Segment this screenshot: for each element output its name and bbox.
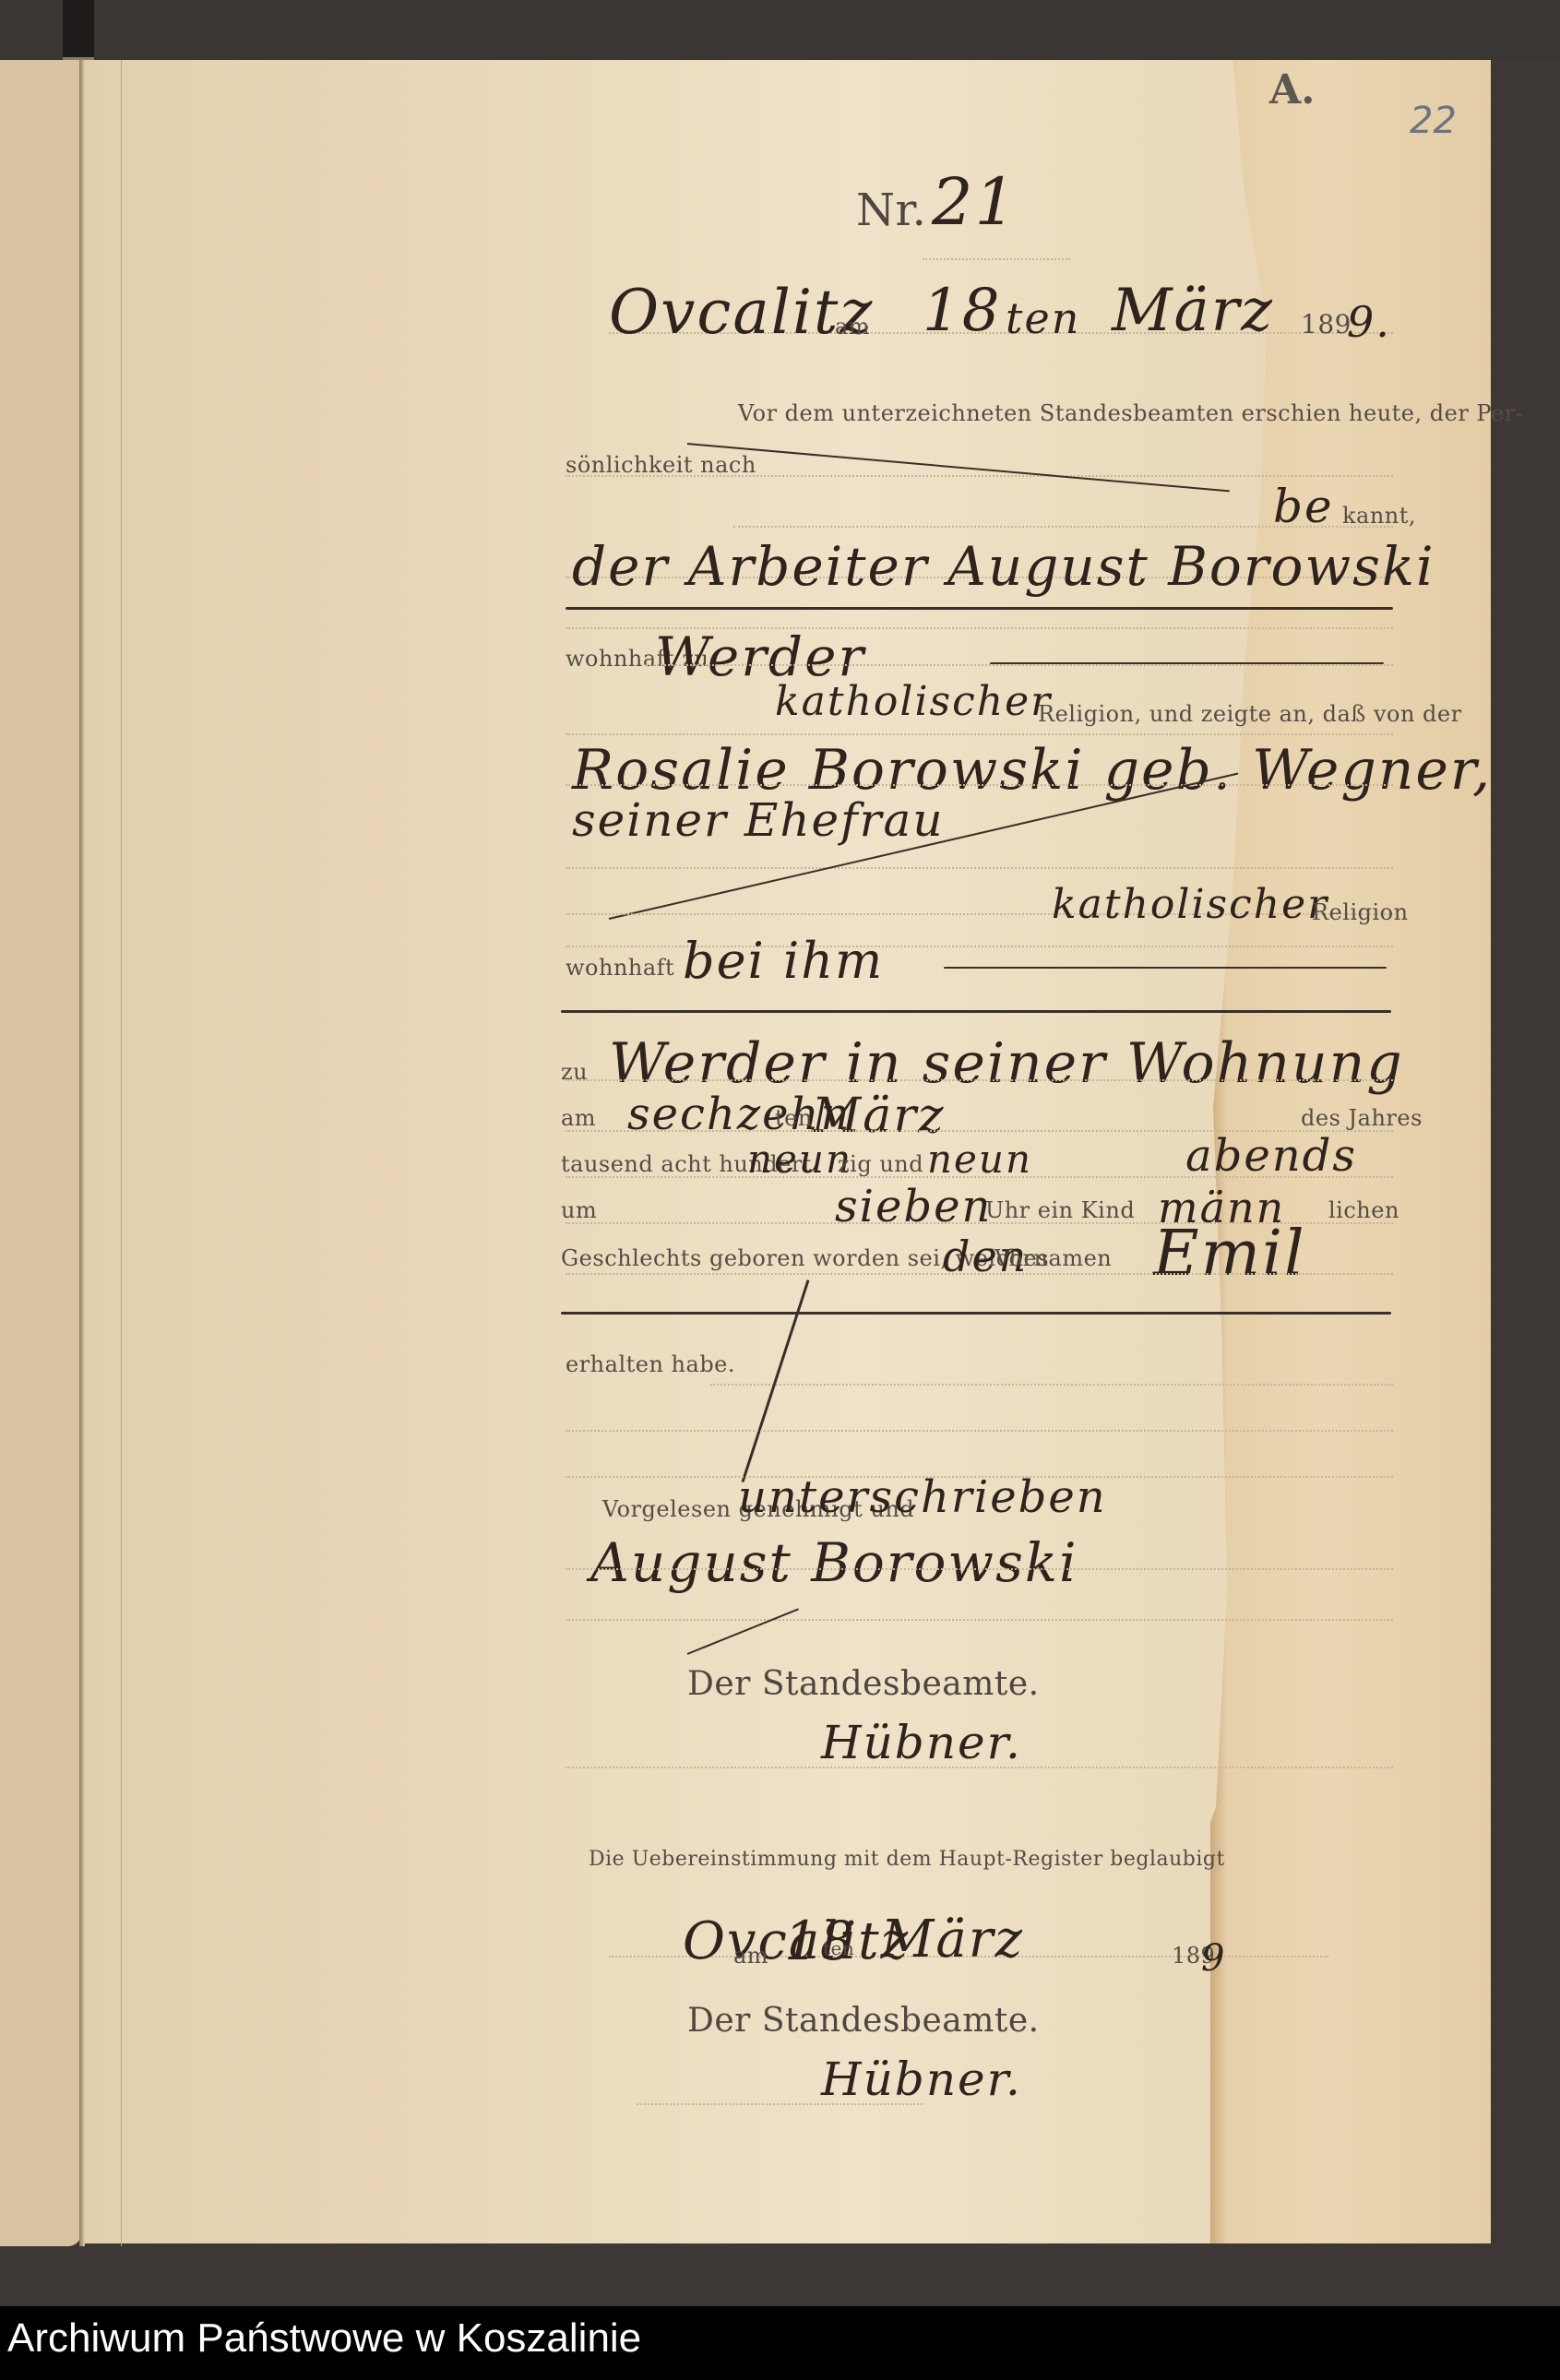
left-page-edge (0, 60, 81, 2246)
fill-rule (561, 1010, 1391, 1013)
am-label: am (835, 314, 870, 339)
day-suffix-handwritten: ten (1006, 293, 1080, 343)
form-line (566, 729, 1393, 786)
record-number-label: Nr. (856, 184, 926, 236)
archive-name: Archiwum Państwowe w Koszalinie (7, 2315, 641, 2362)
pencil-page-number: 22 (1410, 100, 1457, 142)
fill-rule (990, 662, 1384, 664)
cert-year-handwritten: 9 (1201, 1937, 1226, 1980)
wohnhaft-label: wohnhaft (566, 955, 674, 981)
form-line (566, 1513, 1393, 1570)
certification-text: Die Uebereinstimmung mit dem Haupt-Regis… (589, 1848, 1225, 1871)
form-line (566, 1421, 1393, 1478)
day-handwritten: 18 (923, 277, 1001, 345)
fill-rule (944, 967, 1387, 969)
archive-footer-bar: Archiwum Państwowe w Koszalinie (0, 2306, 1560, 2380)
form-line (566, 1218, 1393, 1275)
standesbeamte-heading-2: Der Standesbeamte. (687, 2002, 1040, 2040)
form-line (566, 1167, 1393, 1224)
form-line (566, 678, 1393, 735)
cert-month-handwritten: März (881, 1910, 1024, 1969)
cert-am: am (733, 1943, 768, 1969)
year-printed: 189 (1301, 309, 1352, 339)
record-number-line (923, 203, 1070, 260)
cert-day-suffix: ten (823, 1937, 854, 1959)
standesbeamte-heading-1: Der Standesbeamte. (687, 1665, 1040, 1703)
form-line (646, 609, 1393, 666)
form-line (566, 1711, 1393, 1768)
month-handwritten: März (1112, 277, 1274, 345)
form-letter-mark: A. (1269, 66, 1315, 113)
year-handwritten: 9. (1347, 297, 1391, 347)
form-line (566, 1564, 1393, 1621)
gutter-fold-line (121, 60, 122, 2246)
wohnhaft-handwritten: bei ihm (683, 932, 884, 990)
form-line (637, 2048, 923, 2105)
fill-rule (561, 1312, 1391, 1315)
book-cover-top (0, 0, 1560, 60)
form-line (566, 1024, 1393, 1081)
intro-text-line2: sönlichkeit nach (566, 452, 756, 478)
binding-spine (63, 0, 94, 60)
